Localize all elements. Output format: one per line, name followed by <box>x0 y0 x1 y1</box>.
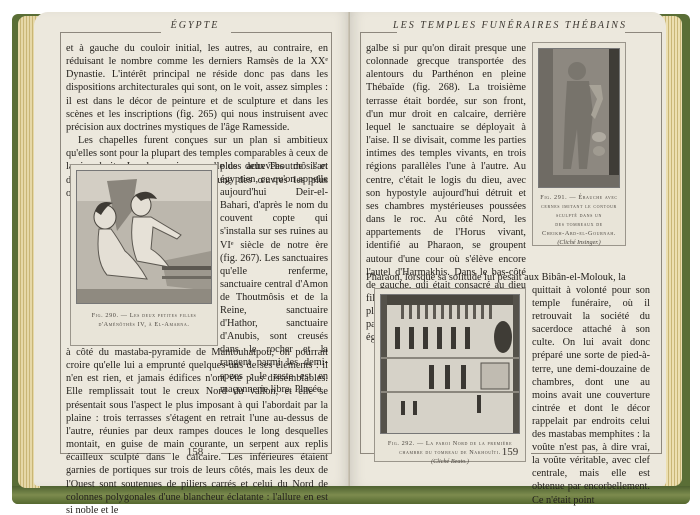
caption-line: Fig. 290. — Les deux petites filles <box>71 311 217 320</box>
figure-292: Fig. 292. — La paroi Nord de la première… <box>374 288 526 462</box>
figure-credit: (Cliché Beato.) <box>375 457 525 466</box>
caption-line: des tombeaux de <box>533 220 625 229</box>
caption-line: Fig. 291. — Ébauche avec <box>533 193 625 202</box>
tomb-wall-painting-icon <box>381 295 519 433</box>
figure-290: Fig. 290. — Les deux petites filles d'Am… <box>70 164 218 346</box>
paragraph: quittait à volonté pour son temple funér… <box>532 284 650 507</box>
figure-image <box>76 170 212 304</box>
body-text-full-line: Pharaon, lorsque sa solitude lui pesait … <box>366 271 656 284</box>
paragraph: et à gauche du couloir initial, les autr… <box>66 42 328 134</box>
body-text-side: quittait à volonté pour son temple funér… <box>532 284 650 507</box>
painting-two-princesses-icon <box>77 171 211 303</box>
figure-image <box>538 48 620 188</box>
figure-291: Fig. 291. — Ébauche avec cernes imitant … <box>532 42 626 246</box>
running-head: ÉGYPTE <box>60 20 330 31</box>
figure-credit: (Cliché Insinger.) <box>533 238 625 247</box>
caption-line: Cheikh-Abd-el-Gournah. <box>533 229 625 238</box>
caption-line: d'Aménôthès IV, à El-Amarna. <box>71 320 217 329</box>
page-number: 159 <box>360 446 660 458</box>
left-page: ÉGYPTE et à gauche du couloir initial, l… <box>34 12 350 486</box>
right-page: LES TEMPLES FUNÉRAIRES THÉBAINS galbe si… <box>350 12 666 486</box>
page-number: 158 <box>60 446 330 458</box>
running-head: LES TEMPLES FUNÉRAIRES THÉBAINS <box>360 20 660 31</box>
figure-image <box>380 294 520 434</box>
figure-caption: Fig. 290. — Les deux petites filles d'Am… <box>71 311 217 329</box>
body-text-bottom: à côté du mastaba-pyramide de Mantouhatp… <box>66 346 328 515</box>
caption-line: sculpté dans un <box>533 211 625 220</box>
paragraph: à côté du mastaba-pyramide de Mantouhatp… <box>66 346 328 515</box>
caption-line: cernes imitant le contour <box>533 202 625 211</box>
figure-caption: Fig. 291. — Ébauche avec cernes imitant … <box>533 193 625 247</box>
paragraph: Pharaon, lorsque sa solitude lui pesait … <box>366 271 656 284</box>
sketch-figure-icon <box>539 49 619 187</box>
